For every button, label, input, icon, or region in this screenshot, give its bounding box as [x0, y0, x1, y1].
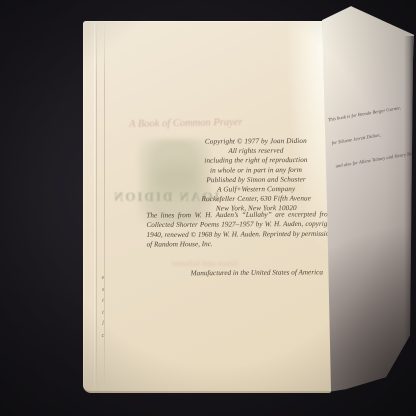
copyright-page: A Book of Common Prayer JOAN DIDION Simo…	[83, 21, 331, 393]
edge-letter: l	[99, 319, 107, 331]
book-photo: A Book of Common Prayer JOAN DIDION Simo…	[0, 0, 416, 416]
edge-letter: t	[99, 308, 107, 320]
edge-letter: t	[99, 296, 107, 308]
showthrough-publisher-text: Simon and Schuster	[171, 258, 239, 268]
edge-letter: s	[99, 285, 107, 297]
page-edge-crease	[96, 21, 97, 391]
dedication-text: This book is for Brenda Berger Garner, f…	[326, 90, 416, 179]
dedication-block: This book is for Brenda Berger Garner, f…	[326, 109, 416, 249]
underpage-edge-letters: e s t t l c	[99, 273, 107, 342]
showthrough-colophon-emblem	[138, 139, 212, 223]
showthrough-author-text: JOAN DIDION	[121, 189, 221, 205]
edge-letter: e	[99, 273, 107, 285]
showthrough-title-text: A Book of Common Prayer	[129, 117, 243, 130]
dedication-page: This book is for Brenda Berger Garner, f…	[318, 5, 416, 393]
page-edge-highlight	[94, 23, 95, 389]
edge-letter: c	[99, 331, 107, 343]
